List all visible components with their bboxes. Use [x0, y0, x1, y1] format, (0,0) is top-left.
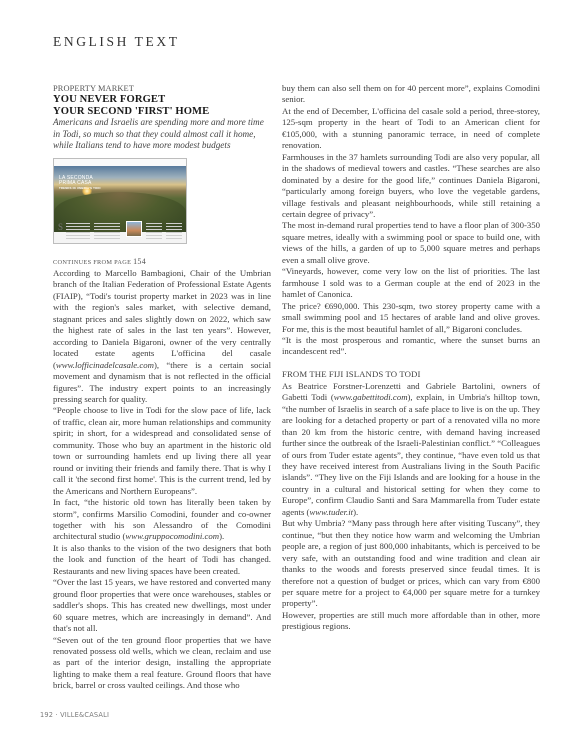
body-paragraph: However, properties are still much more …	[282, 610, 540, 633]
website-link[interactable]: www.gruppocomodini.com	[125, 531, 219, 541]
thumbnail-subtitle: TRENDS IN UMBRIA'S TODI	[59, 186, 101, 191]
right-column: buy them can also sell them on for 40 pe…	[282, 83, 540, 633]
paragraph-text: However, properties are still much more …	[282, 610, 540, 631]
headline-line-1: YOU NEVER FORGET	[53, 94, 271, 105]
body-paragraph: The most in-demand rural properties tend…	[282, 220, 540, 266]
paragraph-text: ).	[219, 531, 224, 541]
body-paragraph: As Beatrice Forstner-Lorenzetti and Gabr…	[282, 381, 540, 518]
body-paragraph: In fact, “the historic old town has lite…	[53, 497, 271, 543]
article-thumbnail-image: LA SECONDA PRIMA CASA TRENDS IN UMBRIA'S…	[53, 158, 187, 244]
body-paragraph: The price? €690,000. This 230-sqm, two s…	[282, 301, 540, 335]
body-paragraph: “Over the last 15 years, we have restore…	[53, 577, 271, 634]
thumbnail-dropcap: S	[58, 223, 63, 232]
left-column: PROPERTY MARKET YOU NEVER FORGET YOUR SE…	[53, 83, 271, 692]
article-headline: YOU NEVER FORGET YOUR SECOND 'FIRST' HOM…	[53, 94, 271, 117]
paragraph-text: “Seven out of the ten ground floor prope…	[53, 635, 271, 691]
paragraph-text: ), explain, in Umbria's hilltop town, “t…	[282, 392, 540, 517]
paragraph-text: “Vineyards, however, come very low on th…	[282, 266, 540, 299]
left-body-text: According to Marcello Bambagioni, Chair …	[53, 268, 271, 692]
thumbnail-text-block	[146, 223, 162, 239]
page-folio: 192 · VILLE&CASALI	[40, 711, 109, 719]
thumbnail-text-block	[66, 223, 90, 239]
body-paragraph: Farmhouses in the 37 hamlets surrounding…	[282, 152, 540, 221]
article-standfirst: Americans and Israelis are spending more…	[53, 117, 271, 152]
body-paragraph: It is also thanks to the vision of the t…	[53, 543, 271, 577]
paragraph-text: At the end of December, L'officina del c…	[282, 106, 540, 150]
paragraph-text: buy them can also sell them on for 40 pe…	[282, 83, 540, 104]
paragraph-text: The most in-demand rural properties tend…	[282, 220, 540, 264]
paragraph-text: Farmhouses in the 37 hamlets surrounding…	[282, 152, 540, 219]
thumbnail-text-block	[94, 223, 120, 239]
continues-from-page: CONTINUES FROM PAGE 154	[53, 256, 271, 268]
thumbnail-landscape-photo: LA SECONDA PRIMA CASA TRENDS IN UMBRIA'S…	[54, 166, 186, 218]
website-link[interactable]: www.gabettitodi.com	[334, 392, 408, 402]
paragraph-text: According to Marcello Bambagioni, Chair …	[53, 268, 271, 370]
body-paragraph: According to Marcello Bambagioni, Chair …	[53, 268, 271, 405]
thumbnail-inset-photo	[126, 221, 142, 237]
paragraph-text: “People choose to live in Todi for the s…	[53, 405, 271, 495]
section-header: ENGLISH TEXT	[53, 34, 180, 50]
website-link[interactable]: www.lofficinadelcasale.com	[56, 360, 154, 370]
continues-label: CONTINUES FROM PAGE	[53, 259, 131, 266]
body-paragraph: “It is the most prosperous and romantic,…	[282, 335, 540, 358]
paragraph-text: “Over the last 15 years, we have restore…	[53, 577, 271, 633]
continues-page-number: 154	[133, 257, 146, 266]
body-paragraph: But why Umbria? “Many pass through here …	[282, 518, 540, 610]
body-paragraph: “People choose to live in Todi for the s…	[53, 405, 271, 497]
paragraph-text: The price? €690,000. This 230-sqm, two s…	[282, 301, 540, 334]
paragraph-text: But why Umbria? “Many pass through here …	[282, 518, 540, 608]
body-paragraph: buy them can also sell them on for 40 pe…	[282, 83, 540, 106]
paragraph-text: It is also thanks to the vision of the t…	[53, 543, 271, 576]
thumbnail-text-block	[166, 223, 182, 239]
paragraph-text: ).	[353, 507, 358, 517]
website-link[interactable]: www.tuder.it	[309, 507, 353, 517]
body-paragraph: “Vineyards, however, come very low on th…	[282, 266, 540, 300]
section-subheading: FROM THE FIJI ISLANDS TO TODI	[282, 369, 540, 380]
body-paragraph: At the end of December, L'officina del c…	[282, 106, 540, 152]
body-paragraph: “Seven out of the ten ground floor prope…	[53, 635, 271, 692]
paragraph-text: “It is the most prosperous and romantic,…	[282, 335, 540, 356]
article-kicker: PROPERTY MARKET	[53, 83, 271, 94]
thumbnail-title: LA SECONDA PRIMA CASA TRENDS IN UMBRIA'S…	[59, 176, 101, 192]
headline-line-2: YOUR SECOND 'FIRST' HOME	[53, 106, 271, 117]
